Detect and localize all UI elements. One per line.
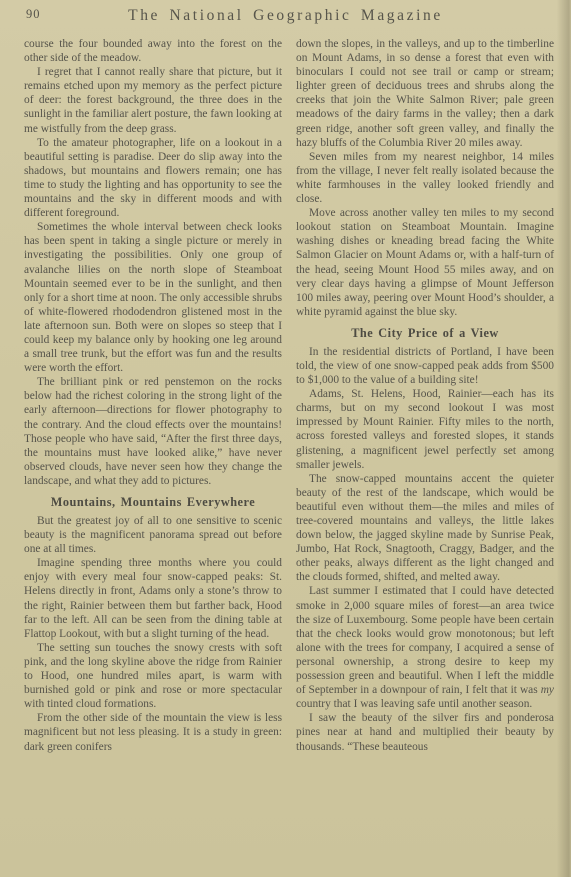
paragraph-text: country that I was leaving safe until an… [296, 698, 532, 710]
paragraph: The snow-capped mountains accent the qui… [296, 472, 554, 585]
paragraph-continuation: down the slopes, in the valleys, and up … [296, 37, 554, 150]
paragraph: Seven miles from my nearest neighbor, 14… [296, 150, 554, 206]
paragraph: But the greatest joy of all to one sensi… [24, 514, 282, 556]
paragraph-continuation: course the four bounded away into the fo… [24, 37, 282, 65]
italic-word: my [541, 684, 554, 696]
page-header: 90 The National Geographic Magazine [0, 0, 571, 31]
paragraph: I regret that I cannot really share that… [24, 65, 282, 135]
section-heading-city-price-of-a-view: The City Price of a View [296, 326, 554, 340]
paragraph: To the amateur photographer, life on a l… [24, 136, 282, 221]
paragraph: In the residential districts of Portland… [296, 345, 554, 387]
paragraph: I saw the beauty of the silver firs and … [296, 711, 554, 753]
section-heading-mountains-everywhere: Mountains, Mountains Everywhere [24, 495, 282, 509]
paragraph: The brilliant pink or red penstemon on t… [24, 375, 282, 488]
page-number: 90 [26, 7, 41, 22]
paragraph: The setting sun touches the snowy crests… [24, 641, 282, 711]
magazine-title: The National Geographic Magazine [0, 7, 571, 25]
left-column: course the four bounded away into the fo… [24, 37, 282, 754]
paragraph: Sometimes the whole interval between che… [24, 220, 282, 375]
right-column: down the slopes, in the valleys, and up … [296, 37, 554, 754]
paragraph: Move across another valley ten miles to … [296, 206, 554, 319]
paragraph-text: Last summer I estimated that I could hav… [296, 585, 554, 696]
paragraph: Last summer I estimated that I could hav… [296, 584, 554, 711]
two-column-body: course the four bounded away into the fo… [0, 31, 571, 754]
paragraph: Imagine spending three months where you … [24, 556, 282, 641]
magazine-page: 90 The National Geographic Magazine cour… [0, 0, 571, 877]
paragraph: From the other side of the mountain the … [24, 711, 282, 753]
paragraph: Adams, St. Helens, Hood, Rainier—each ha… [296, 387, 554, 472]
